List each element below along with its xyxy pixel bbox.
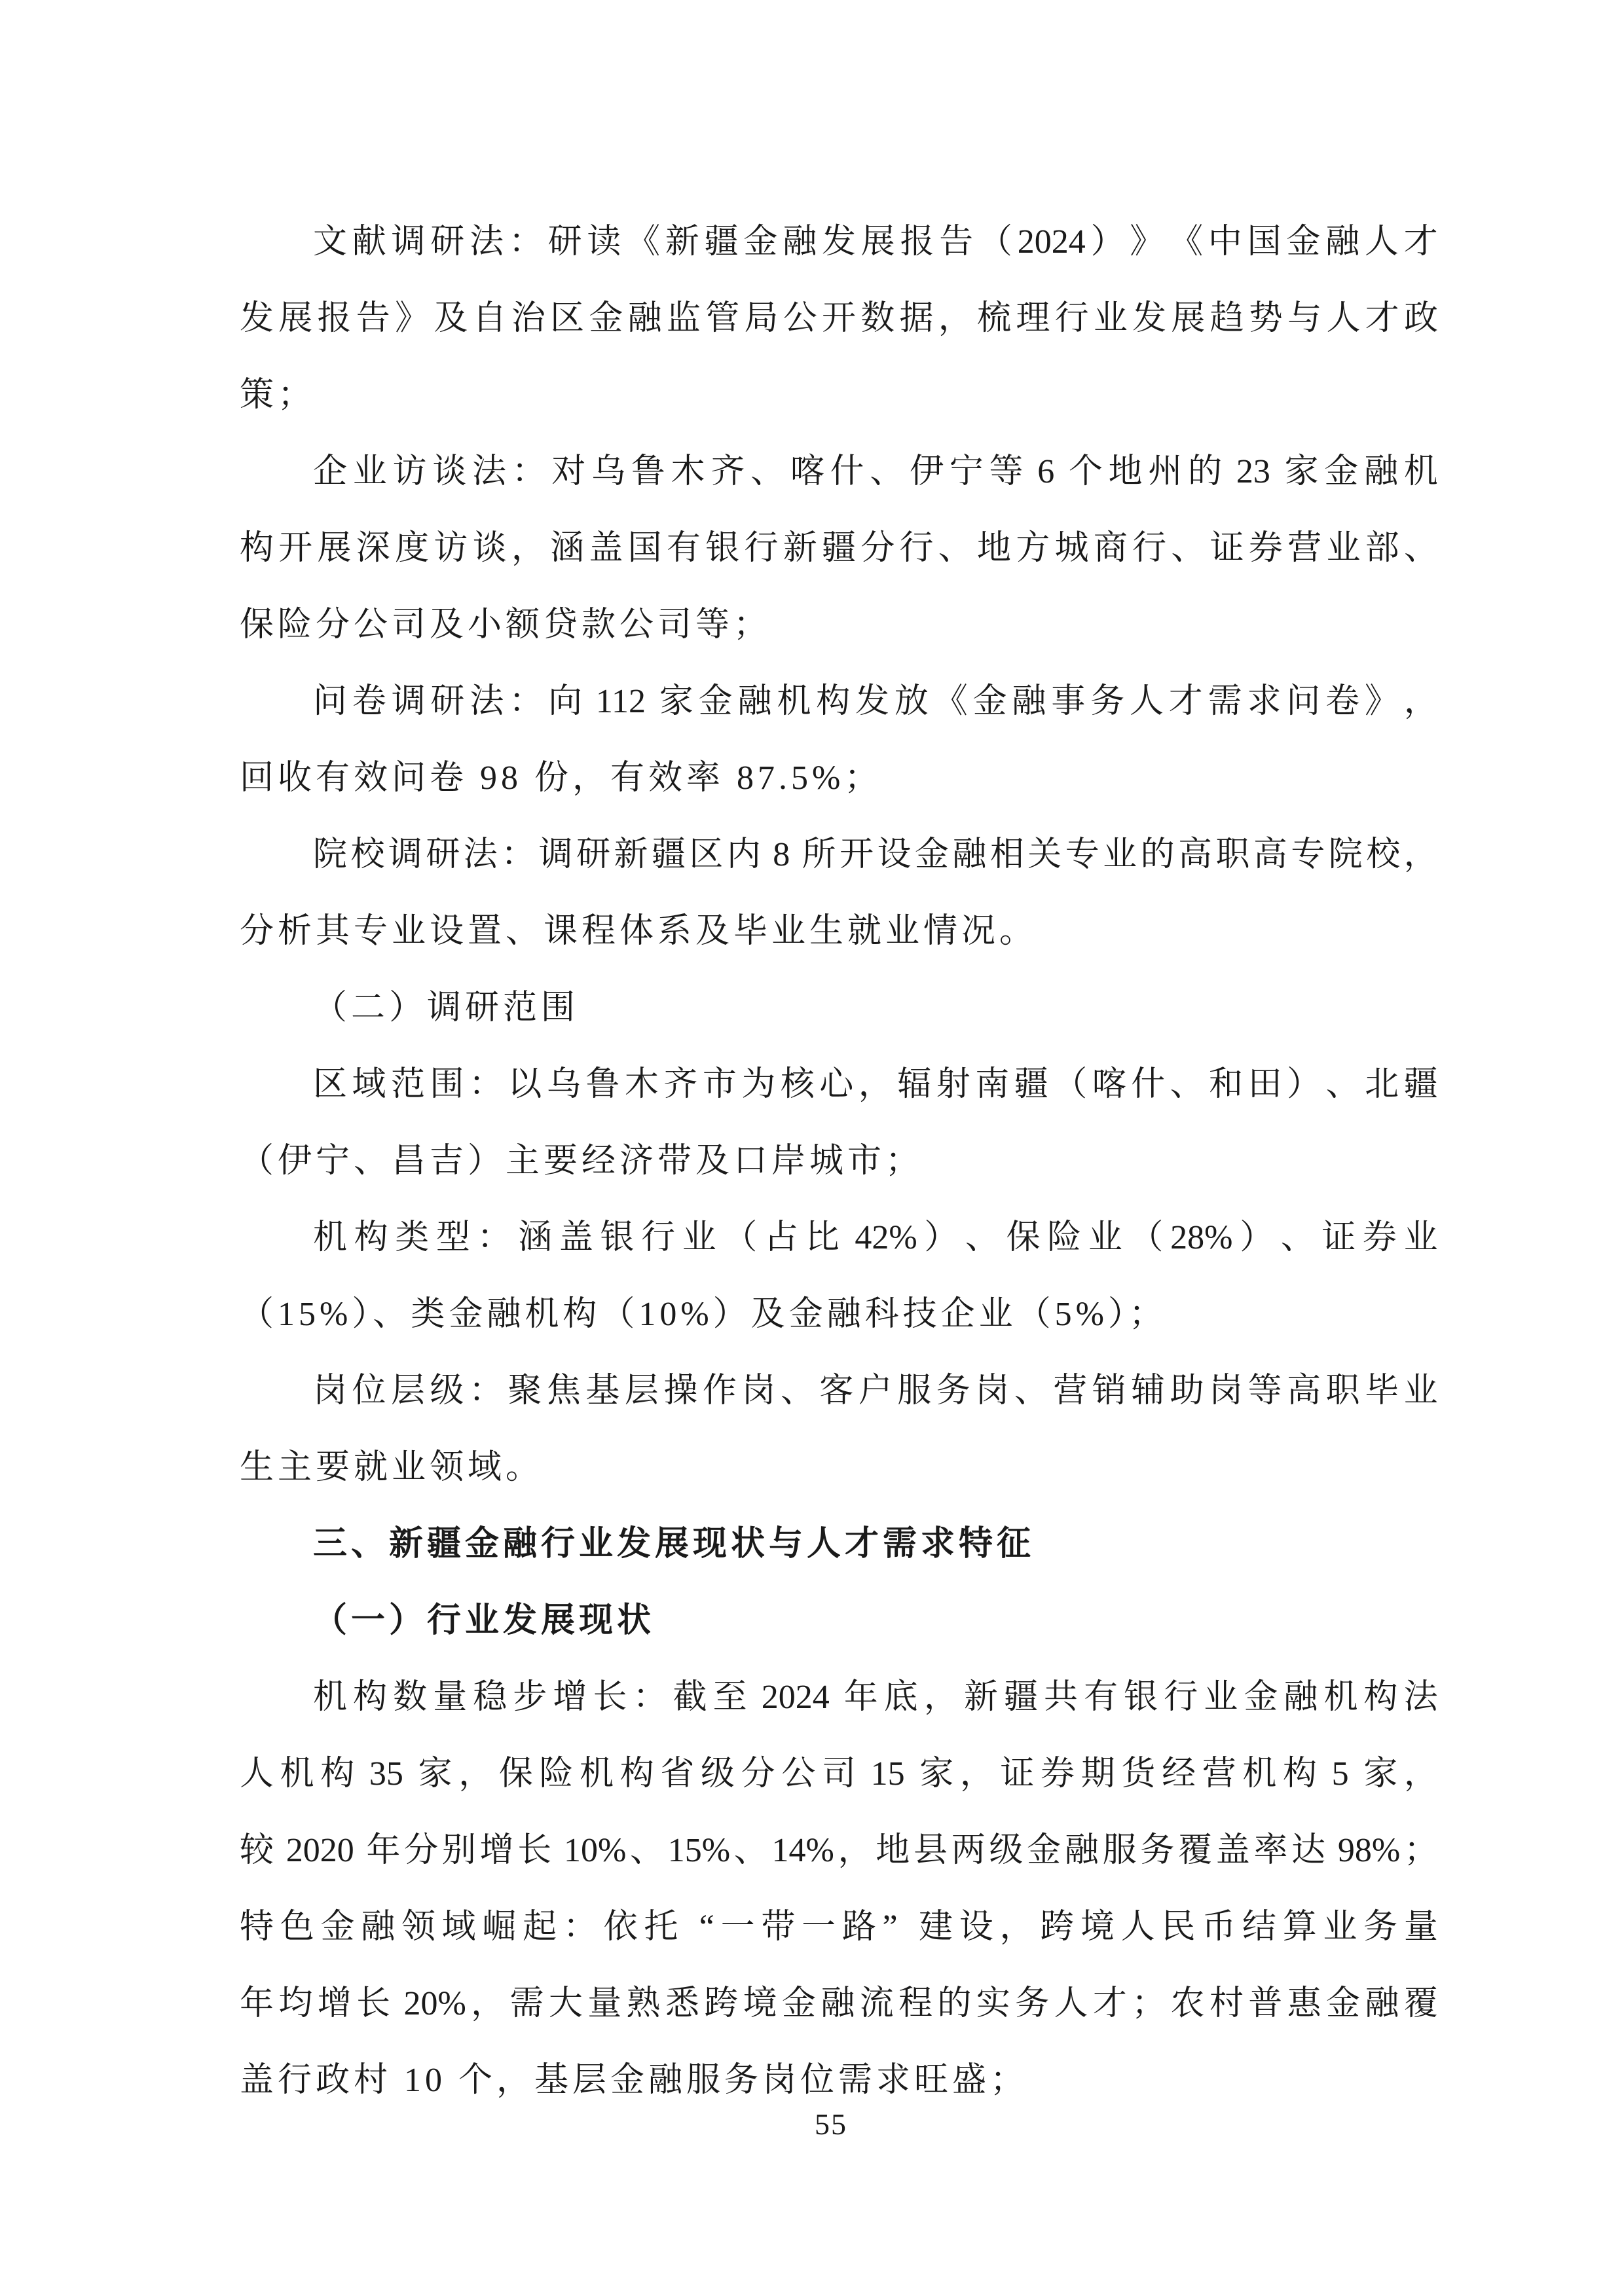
- text-line: 机构类型：涵盖银行业（占比 42%）、保险业（28%）、证券业: [313, 1199, 1438, 1276]
- text-line: 人机构 35 家，保险机构省级分公司 15 家，证券期货经营机构 5 家，: [240, 1736, 1438, 1812]
- text-line: 年均增长 20%，需大量熟悉跨境金融流程的实务人才；农村普惠金融覆: [240, 1965, 1438, 2042]
- text-line: 特色金融领域崛起：依托 “一带一路” 建设，跨境人民币结算业务量: [240, 1889, 1438, 1965]
- text-line: 问卷调研法：向 112 家金融机构发放《金融事务人才需求问卷》，: [313, 663, 1438, 740]
- document-page: 文献调研法：研读《新疆金融发展报告（2024）》《中国金融人才发展报告》及自治区…: [0, 0, 1624, 2296]
- section-heading: 三、新疆金融行业发展现状与人才需求特征: [313, 1506, 1438, 1582]
- section-heading: （一）行业发展现状: [313, 1582, 1438, 1659]
- text-line: （伊宁、昌吉）主要经济带及口岸城市；: [240, 1123, 1438, 1199]
- text-line: 策；: [240, 357, 1438, 433]
- text-line: 构开展深度访谈，涵盖国有银行新疆分行、地方城商行、证券营业部、: [240, 510, 1438, 587]
- text-line: 保险分公司及小额贷款公司等；: [240, 587, 1438, 663]
- document-body: 文献调研法：研读《新疆金融发展报告（2024）》《中国金融人才发展报告》及自治区…: [240, 204, 1438, 2119]
- text-line: 机构数量稳步增长：截至 2024 年底，新疆共有银行业金融机构法: [313, 1659, 1438, 1736]
- text-line: 企业访谈法：对乌鲁木齐、喀什、伊宁等 6 个地州的 23 家金融机: [313, 433, 1438, 510]
- text-line: 岗位层级：聚焦基层操作岗、客户服务岗、营销辅助岗等高职毕业: [313, 1353, 1438, 1429]
- text-line: 较 2020 年分别增长 10%、15%、14%，地县两级金融服务覆盖率达 98…: [240, 1812, 1438, 1889]
- text-line: 分析其专业设置、课程体系及毕业生就业情况。: [240, 893, 1438, 970]
- text-line: 发展报告》及自治区金融监管局公开数据，梳理行业发展趋势与人才政: [240, 280, 1438, 357]
- text-line: 回收有效问卷 98 份，有效率 87.5%；: [240, 740, 1438, 816]
- text-line: 院校调研法：调研新疆区内 8 所开设金融相关专业的高职高专院校，: [313, 816, 1438, 893]
- page-number: 55: [240, 2107, 1422, 2141]
- text-line: 区域范围：以乌鲁木齐市为核心，辐射南疆（喀什、和田）、北疆: [313, 1046, 1438, 1123]
- text-line: （二）调研范围: [313, 970, 1438, 1046]
- text-line: 文献调研法：研读《新疆金融发展报告（2024）》《中国金融人才: [313, 204, 1438, 280]
- text-line: 生主要就业领域。: [240, 1429, 1438, 1506]
- text-line: （15%）、类金融机构（10%）及金融科技企业（5%）；: [240, 1276, 1438, 1353]
